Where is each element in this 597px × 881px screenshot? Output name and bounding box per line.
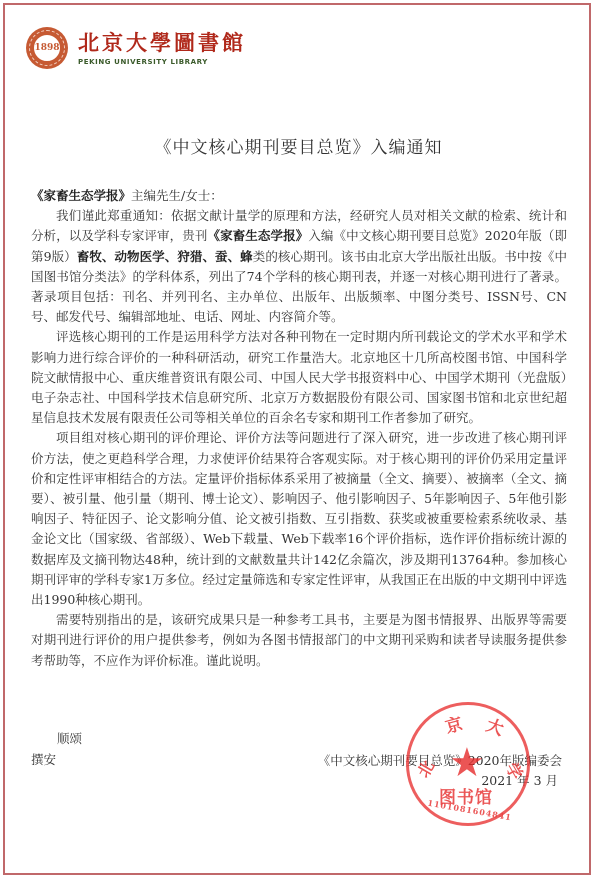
seal-ring [29,30,65,66]
star-icon: ★ [449,743,485,783]
paragraph-2: 评选核心期刊的工作是运用科学方法对各种刊物在一定时期内所刊载论文的学术水平和学术… [31,327,567,428]
document-body: 《家畜生态学报》主编先生/女士： 我们谨此郑重通知：依据文献计量学的原理和方法，… [31,186,567,671]
official-stamp-icon: 京 大 北 学 ★ 图书馆 1101081604841 [406,702,530,826]
salutation-text: 主编先生/女士： [131,188,223,203]
stamp-char: 学 [501,758,529,783]
library-brand: 北京大學圖書館 PEKING UNIVERSITY LIBRARY [78,31,246,66]
salutation-journal: 《家畜生态学报》 [31,188,131,203]
library-header: 1898 北京大學圖書館 PEKING UNIVERSITY LIBRARY [26,26,246,70]
p1-journal: 《家畜生态学报》 [207,228,308,243]
p1-category: 畜牧、动物医学、狩猎、蚕、蜂 [77,249,253,264]
closing-regards: 顺颂 [57,729,82,747]
stamp-char: 北 [411,756,439,781]
stamp-char: 京 [442,709,465,738]
university-seal-icon: 1898 [26,27,68,69]
paragraph-3: 项目组对核心期刊的评价理论、评价方法等问题进行了深入研究，进一步改进了核心期刊评… [31,428,567,610]
document-title: 《中文核心期刊要目总览》入编通知 [0,133,597,158]
brand-english: PEKING UNIVERSITY LIBRARY [78,58,246,66]
paragraph-4: 需要特别指出的是，该研究成果只是一种参考工具书，主要是为图书情报界、出版界等需要… [31,610,567,671]
paragraph-1: 我们谨此郑重通知：依据文献计量学的原理和方法，经研究人员对相关文献的检索、统计和… [31,206,567,327]
brand-chinese: 北京大學圖書館 [78,31,246,55]
salutation: 《家畜生态学报》主编先生/女士： [31,186,567,206]
stamp-char: 大 [483,711,508,740]
closing-wishes: 撰安 [31,750,56,768]
